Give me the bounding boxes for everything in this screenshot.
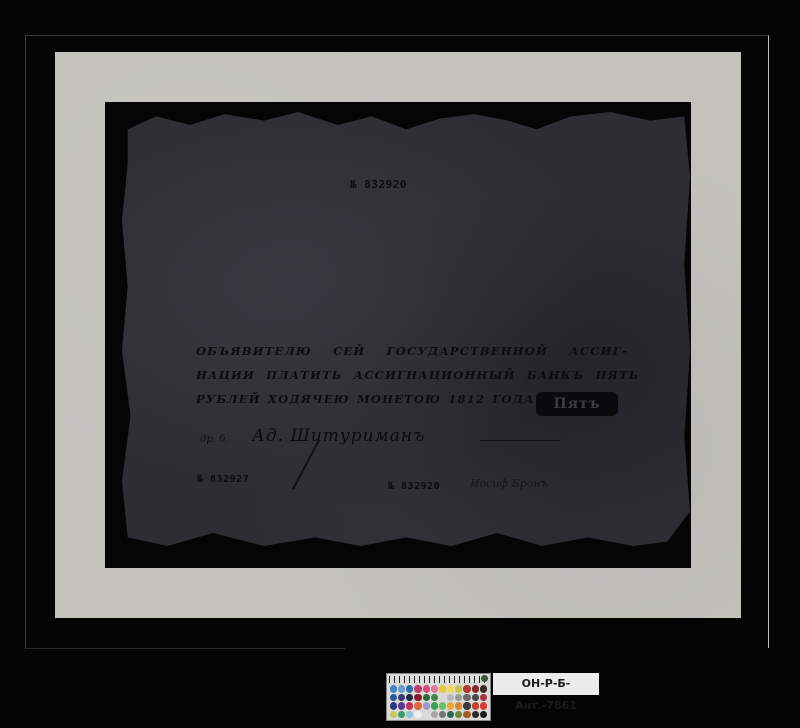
chart-logo-icon xyxy=(481,675,488,682)
color-swatch xyxy=(414,711,421,719)
serial-number-bottom-center: № 832920 xyxy=(388,481,440,492)
color-swatch xyxy=(447,694,454,702)
color-swatch xyxy=(423,711,430,719)
color-swatch xyxy=(390,702,397,710)
color-swatch xyxy=(472,685,479,693)
color-swatch xyxy=(480,702,487,710)
color-swatch xyxy=(472,711,479,719)
color-swatch xyxy=(398,685,405,693)
color-swatch xyxy=(480,685,487,693)
serial-number-bottom-left: № 832927 xyxy=(197,474,249,485)
denomination-stamp: Пятъ xyxy=(536,392,618,416)
color-swatch xyxy=(463,702,470,710)
color-swatch xyxy=(455,711,462,719)
color-swatch xyxy=(390,685,397,693)
color-swatch xyxy=(431,694,438,702)
color-swatch xyxy=(398,702,405,710)
color-swatch xyxy=(406,702,413,710)
color-swatch xyxy=(439,685,446,693)
archive-reference-label: ОН-Р-Б-Ант.-7861 xyxy=(493,673,599,695)
color-swatch xyxy=(472,694,479,702)
color-swatch xyxy=(398,711,405,719)
color-swatch xyxy=(414,702,421,710)
color-swatch xyxy=(406,711,413,719)
signature-second: Иосиф Бронъ xyxy=(470,477,548,490)
color-swatch xyxy=(463,711,470,719)
color-swatch xyxy=(423,694,430,702)
color-swatch xyxy=(439,694,446,702)
signature-underline xyxy=(480,440,560,441)
color-swatch xyxy=(431,711,438,719)
color-swatch xyxy=(447,685,454,693)
color-swatch xyxy=(455,694,462,702)
color-swatch xyxy=(447,711,454,719)
color-swatch xyxy=(480,694,487,702)
color-swatch xyxy=(414,694,421,702)
scale-ruler xyxy=(389,676,488,683)
color-swatch xyxy=(423,685,430,693)
color-swatch xyxy=(406,685,413,693)
color-swatch xyxy=(414,685,421,693)
color-swatch xyxy=(423,702,430,710)
color-swatch-grid xyxy=(390,685,487,718)
color-swatch xyxy=(455,685,462,693)
note-text-line-1: Объявителю сей государственной ассиг- xyxy=(196,344,628,358)
color-swatch xyxy=(447,702,454,710)
color-swatch xyxy=(390,711,397,719)
color-swatch xyxy=(463,694,470,702)
color-swatch xyxy=(463,685,470,693)
color-swatch xyxy=(406,694,413,702)
note-text-line-2: нации платить ассигнационный банкъ пять xyxy=(196,368,639,382)
frame-bottom-edge xyxy=(25,648,345,649)
color-swatch xyxy=(455,702,462,710)
signature-main: Ад. Шитуриманъ xyxy=(252,426,425,446)
serial-number-top: № 832920 xyxy=(350,178,407,191)
note-text-line-3: рублей ходячею монетою 1812 года. xyxy=(196,392,540,406)
color-calibration-chart xyxy=(386,673,491,721)
color-swatch xyxy=(480,711,487,719)
color-swatch xyxy=(390,694,397,702)
color-swatch xyxy=(431,702,438,710)
color-swatch xyxy=(439,702,446,710)
color-swatch xyxy=(439,711,446,719)
color-swatch xyxy=(472,702,479,710)
color-swatch xyxy=(398,694,405,702)
color-swatch xyxy=(431,685,438,693)
signature-prefix: др. б. xyxy=(200,434,228,445)
